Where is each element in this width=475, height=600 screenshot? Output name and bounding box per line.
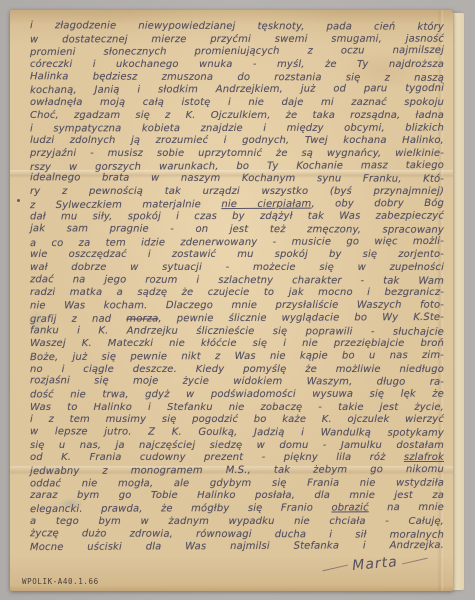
handwritten-line: Boże, już się pewnie nikt z Was nie kąpi… [30, 350, 444, 365]
handwritten-line: i sympatyczna kobieta znajdzie i między … [30, 122, 444, 136]
handwritten-line: przyjaźni - musisz sobie uprzytomnić że … [30, 148, 444, 161]
handwritten-line: wie oszczędzać i zostawić mu spokój by s… [30, 249, 444, 262]
marked-word: obrazić [331, 502, 368, 513]
handwritten-line: Was to Halinko i Stefanku nie zobaczę - … [30, 402, 444, 415]
marked-word: morza [126, 313, 158, 324]
handwritten-line: i złagodzenie niewypowiedzianej tęsknoty… [30, 20, 444, 34]
handwritten-line: no i ciągle deszcze. Kiedy pomyślę że mo… [30, 364, 444, 377]
handwritten-line: się u nas, ja najczęściej siedzę w domu … [30, 440, 444, 453]
handwritten-line: Waszej K. Mateczki nie kłóćcie się i nie… [30, 338, 444, 351]
marked-word: nie cierpiałam [221, 198, 311, 209]
handwritten-line: radzi matka a sądzę że czujecie to jak m… [30, 287, 444, 300]
signature: Marta [310, 550, 441, 577]
line-segment: grafij z nad [30, 313, 126, 325]
handwritten-line: oddać nie mogła, ale gdybym się Frania n… [30, 477, 444, 491]
line-segment: elegancki. prawda, że mógłby się Franio [30, 503, 331, 516]
line-segment: od K. Frania cudowny prezent - piękny li… [30, 452, 404, 463]
line-segment: z Sylweczkiem materjalnie [30, 199, 221, 211]
line-segment: , oby dobry Bóg [311, 198, 444, 210]
handwritten-line: grafij z nad morza, pewnie ślicznie wygl… [30, 312, 444, 327]
handwritten-line: kochaną, Janią i słodkim Andrzejkiem, ju… [30, 83, 444, 98]
line-segment: na mnie [369, 502, 444, 513]
handwritten-line: w lepsze jutro. Z K. Goulką, Jadzią i Wa… [30, 426, 444, 440]
handwritten-line: jedwabny z monogramem M.S., tak żebym go… [30, 464, 444, 479]
handwritten-line: dał mu siły, spokój i czas by zdążył tak… [30, 211, 444, 225]
letter-text: i złagodzenie niewypowiedzianej tęsknoty… [30, 21, 444, 554]
handwritten-line: Mocne uściski dla Was najmilsi Stefanka … [30, 540, 444, 555]
handwritten-line: a co za tem idzie zdenerwowany - musicie… [30, 236, 444, 251]
handwritten-line: rozjaśni się moje życie widokiem Waszym,… [30, 375, 444, 389]
handwritten-line: ry z pewnością tak urządzi wszystko (byś… [30, 186, 444, 199]
handwritten-line: córeczki i ukochanego wnuka - myśl, że T… [30, 59, 444, 72]
handwritten-line: nie Was kocham. Dlaczego mnie przysłaliś… [30, 300, 444, 314]
handwritten-line: fanku i K. Andrzejku ślicznieście się po… [30, 325, 444, 339]
handwritten-line: zaraz bym go Tobie Halinko posłała, dla … [30, 490, 444, 503]
scanned-letter: i złagodzenie niewypowiedzianej tęsknoty… [0, 0, 475, 600]
handwritten-line: wał dobrze w sytuacji - możecie się w zu… [30, 262, 444, 275]
handwritten-line: Choć, zgadzam się z K. Ojczulkiem, że ta… [30, 110, 444, 123]
margin-dot [17, 199, 20, 202]
marked-word: szlafrok [404, 452, 444, 463]
handwritten-line: i z tem musimy się pogodzić bo każe K. o… [30, 414, 444, 427]
archival-reference: WPOLIK-A40.1.66 [22, 577, 99, 586]
handwritten-line: zdać na jego rozum i szlachetny charakte… [30, 274, 444, 288]
handwritten-line: ludzi zdolnych ją zrozumieć i godnych, T… [30, 135, 444, 148]
handwritten-line: elegancki. prawda, że mógłby się Franio … [30, 502, 444, 517]
handwritten-line: a tego bym w żadnym wypadku nie chciała … [30, 516, 444, 529]
handwritten-line: dość nie trwa, gdyż w podświadomości wys… [30, 389, 444, 403]
letter-page: i złagodzenie niewypowiedzianej tęsknoty… [10, 10, 453, 591]
handwritten-line: promieni słonecznych promieniujących z o… [30, 45, 444, 60]
handwritten-line: od K. Frania cudowny prezent - piękny li… [30, 452, 444, 465]
line-segment: , pewnie ślicznie wyglądacie bo Wy K.Ste… [158, 312, 444, 324]
handwritten-line: idealnego brata w naszym Kochanym synu F… [30, 172, 444, 186]
handwritten-line: owładnęła moją całą istotę i nie daje mi… [30, 97, 444, 110]
